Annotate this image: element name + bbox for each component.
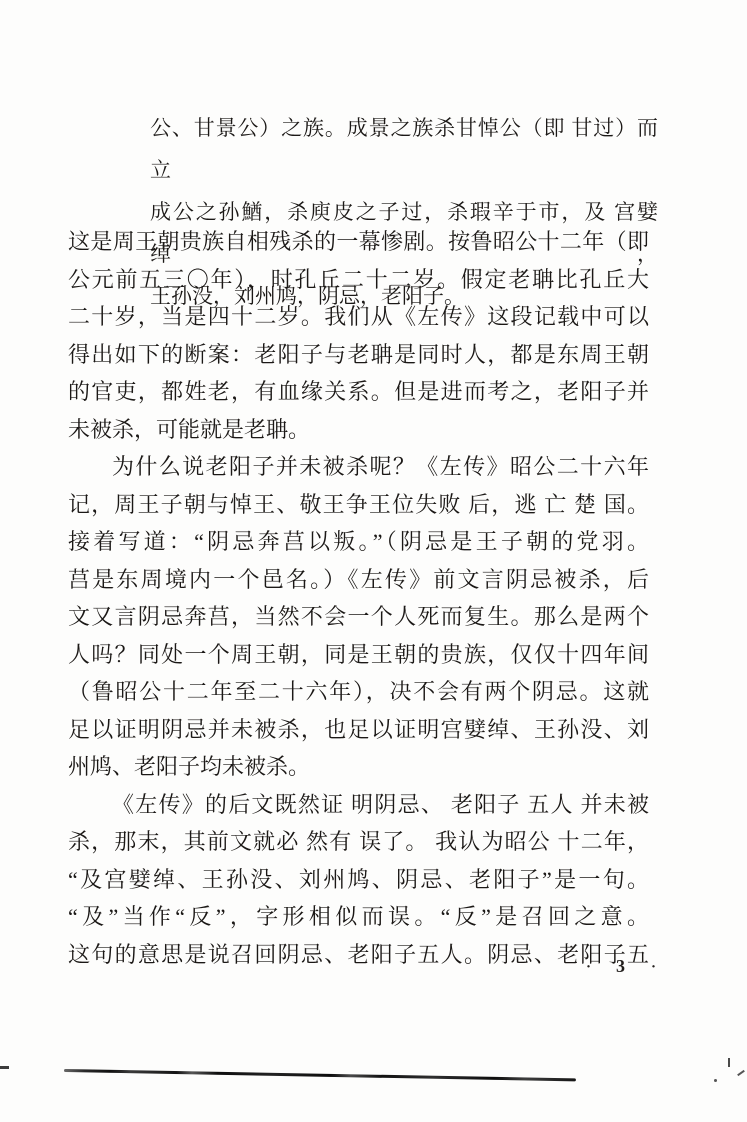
scan-artifact-speck <box>728 1058 730 1067</box>
scan-artifact-speck <box>0 1066 9 1069</box>
body-text-line: （鲁昭公十二年至二十六年），决不会有两个阴忌。这就 <box>68 673 649 711</box>
body-text: 这是周王朝贵族自相残杀的一幕惨剧。按鲁昭公十二年（即 公元前五三〇年），时孔丘二… <box>68 223 649 973</box>
body-text-line: 足以证明阴忌并未被杀，也足以证明宫嬖绰、王孙没、刘 <box>68 711 649 749</box>
body-text-line: 人吗？同处一个周王朝，同是王朝的贵族，仅仅十四年间 <box>68 636 649 674</box>
body-text-line: 未被杀，可能就是老聃。 <box>68 411 649 449</box>
body-text-line: 为什么说老阳子并未被杀呢？《左传》昭公二十六年 <box>68 448 649 486</box>
page-number-left-dot: · <box>586 958 591 976</box>
body-text-line: 州鸠、老阳子均未被杀。 <box>68 748 649 786</box>
scan-artifact-speck <box>737 1070 745 1076</box>
body-text-line: 这是周王朝贵族自相残杀的一幕惨剧。按鲁昭公十二年（即 <box>68 223 649 261</box>
body-text-line: 莒是东周境内一个邑名。）《左传》前文言阴忌被杀，后 <box>68 561 649 599</box>
page-number-value: 3 <box>616 956 626 977</box>
body-text-line: 文又言阴忌奔莒，当然不会一个人死而复生。那么是两个 <box>68 598 649 636</box>
body-text-line: 的官吏，都姓老，有血缘关系。但是进而考之，老阳子并 <box>68 373 649 411</box>
body-text-line: 得出如下的断案：老阳子与老聃是同时人，都是东周王朝 <box>68 336 649 374</box>
body-text-line: 公元前五三〇年），时孔丘二十二岁。假定老聃比孔丘大 <box>68 261 649 299</box>
quote-line: 公、甘景公）之族。成景之族杀甘悼公（即 甘过）而立 <box>150 107 658 191</box>
body-text-line: “及”当作“反”，字形相似而误。“反”是召回之意。 <box>68 898 649 936</box>
scanned-book-page: 公、甘景公）之族。成景之族杀甘悼公（即 甘过）而立 成公之孙鰌，杀庾皮之子过，杀… <box>0 0 747 1122</box>
scan-artifact-line <box>64 1069 576 1081</box>
body-text-line: 杀，那末，其前文就必 然有 误了。 我认为昭公 十二年， <box>68 823 649 861</box>
body-text-line: 《左传》的后文既然证 明阴忌、 老阳子 五人 并未被 <box>68 786 649 824</box>
body-text-line: 这句的意思是说召回阴忌、老阳子五人。阴忌、老阳子五 <box>68 936 649 974</box>
scan-artifact-speck <box>714 1079 717 1082</box>
body-text-line: “及宫嬖绰、王孙没、刘州鸠、阴忌、老阳子”是一句。 <box>68 861 649 899</box>
body-text-line: 二十岁，当是四十二岁。我们从《左传》这段记载中可以 <box>68 298 649 336</box>
page-number-right-dot: · <box>651 958 656 976</box>
body-text-line: 接着写道：“阴忌奔莒以叛。”（阴忌是王子朝的党羽。 <box>68 523 649 561</box>
body-text-line: 记，周王子朝与悼王、敬王争王位失败 后，逃 亡 楚 国。 <box>68 486 649 524</box>
page-number: · 3 · <box>586 956 656 977</box>
